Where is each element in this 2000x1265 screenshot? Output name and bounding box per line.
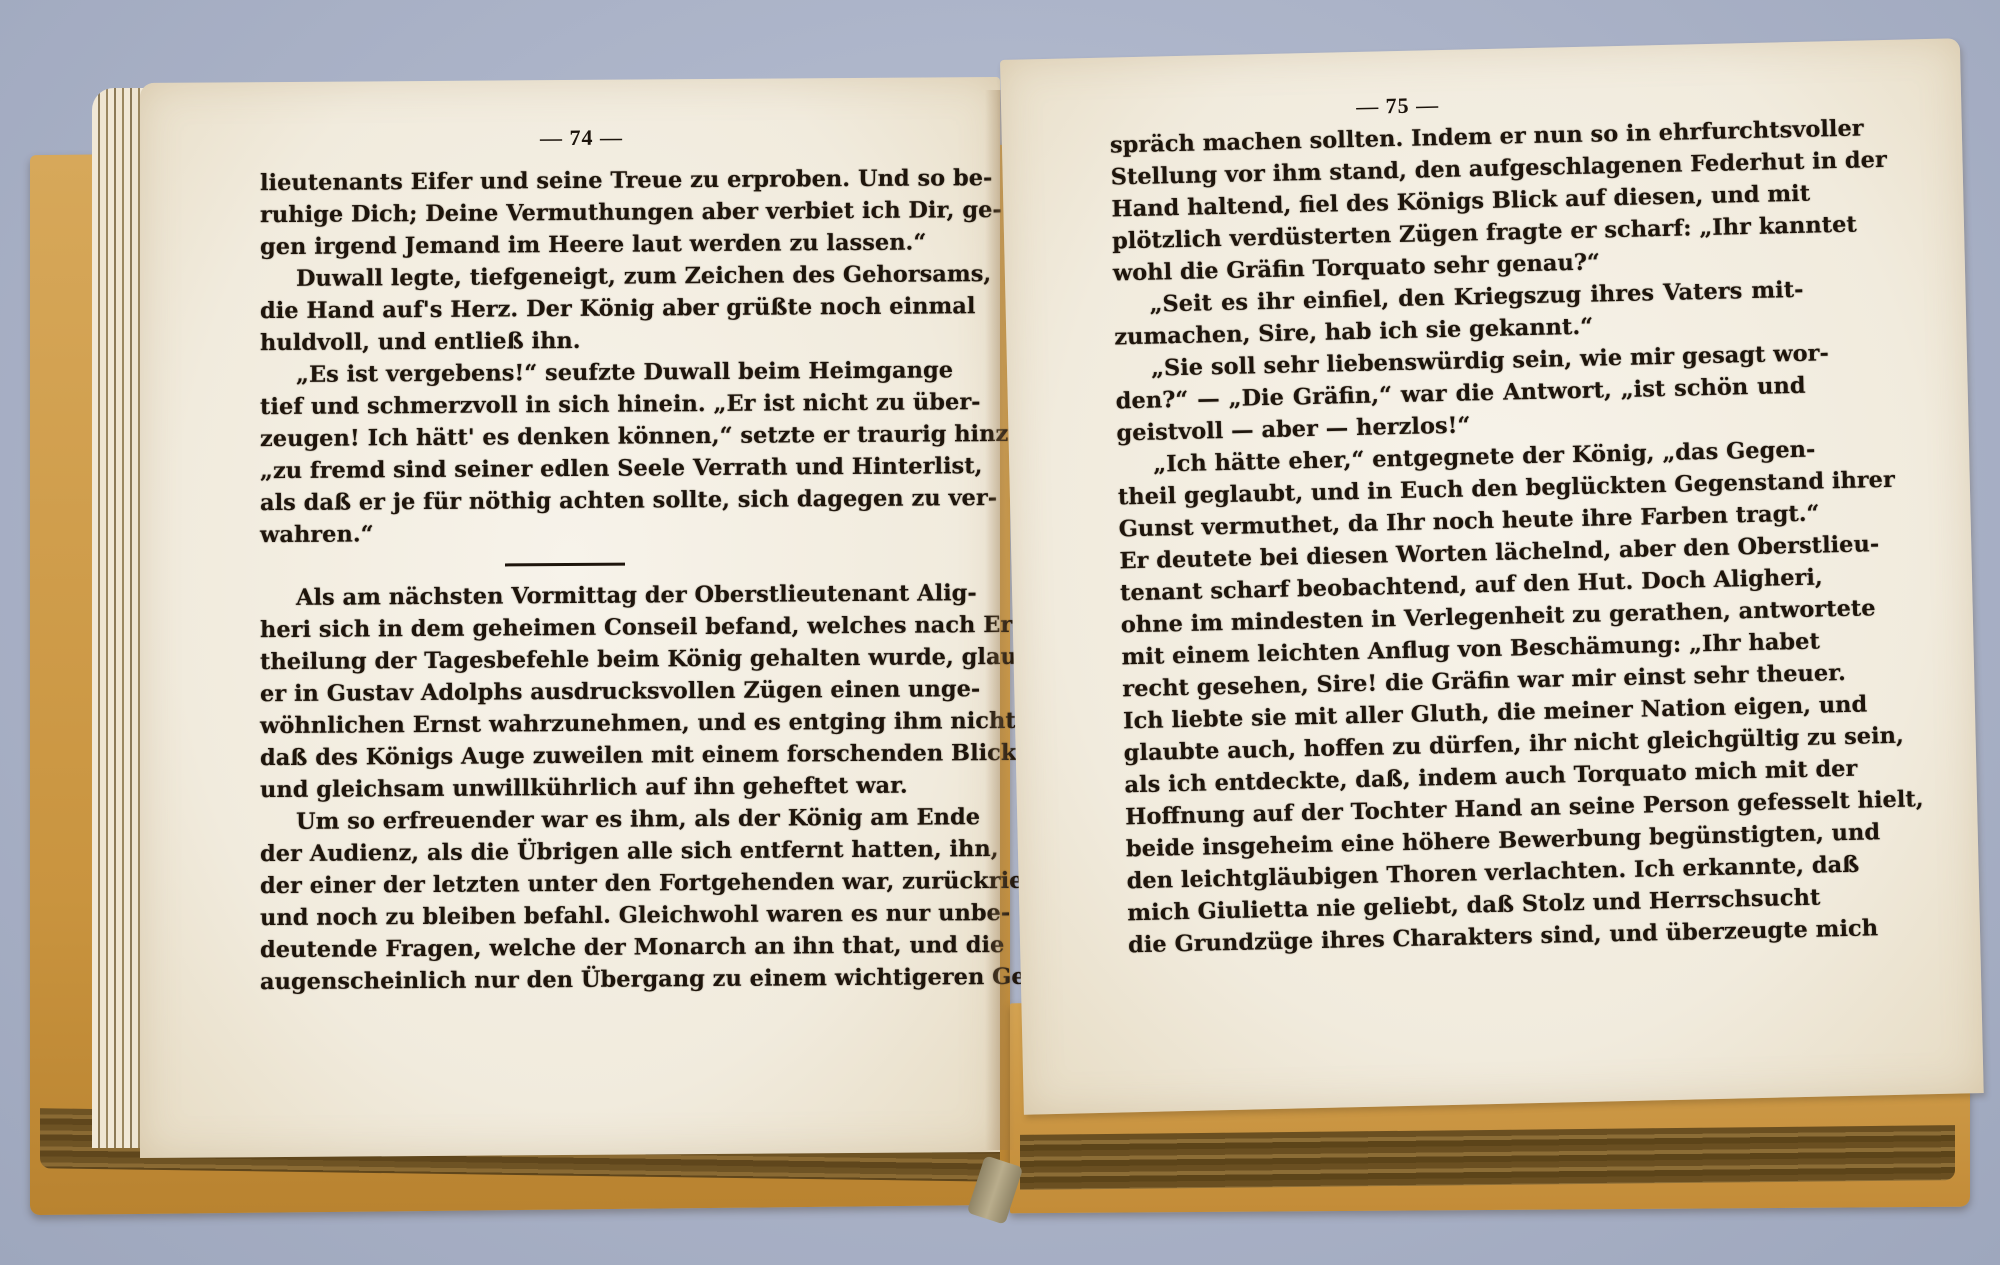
text-line: deutende Fragen, welche der Monarch an i…: [260, 930, 900, 966]
page-block-edge-right: [1020, 1125, 1955, 1190]
text-line: theilung der Tagesbefehle beim König geh…: [260, 642, 900, 678]
right-page: — 75 — spräch machen sollten. Indem er n…: [1000, 38, 1984, 1115]
text-line: huldvoll, und entließ ihn.: [260, 323, 900, 359]
page-text: lieutenants Eifer und seine Treue zu erp…: [260, 163, 900, 998]
page-text: spräch machen sollten. Indem er nun so i…: [1110, 114, 1819, 961]
text-line: wöhnlichen Ernst wahrzunehmen, und es en…: [260, 706, 900, 742]
text-line: lieutenants Eifer und seine Treue zu erp…: [260, 163, 900, 199]
text-line: wahren.“: [260, 515, 900, 551]
text-line: Als am nächsten Vormittag der Oberstlieu…: [260, 578, 900, 614]
text-line: und noch zu bleiben befahl. Gleichwohl w…: [260, 898, 900, 934]
text-line: der Audienz, als die Übrigen alle sich e…: [260, 834, 900, 870]
text-line: tief und schmerzvoll in sich hinein. „Er…: [260, 387, 900, 423]
text-line: er in Gustav Adolphs ausdrucksvollen Züg…: [260, 674, 900, 710]
page-number: — 75 —: [1356, 92, 1440, 120]
text-line: Um so erfreuender war es ihm, als der Kö…: [260, 802, 900, 838]
open-book: — 74 — lieutenants Eifer und seine Treue…: [0, 0, 2000, 1265]
text-line: heri sich in dem geheimen Conseil befand…: [260, 610, 900, 646]
text-line: ruhige Dich; Deine Vermuthungen aber ver…: [260, 195, 900, 231]
text-line: der einer der letzten unter den Fortgehe…: [260, 866, 900, 902]
text-line: zeugen! Ich hätt' es denken können,“ set…: [260, 419, 900, 455]
text-line: daß des Königs Auge zuweilen mit einem f…: [260, 738, 900, 774]
left-page: — 74 — lieutenants Eifer und seine Treue…: [140, 77, 1000, 1158]
text-line: und gleichsam unwillkührlich auf ihn geh…: [260, 770, 900, 806]
text-line: die Hand auf's Herz. Der König aber grüß…: [260, 291, 900, 327]
page-number: — 74 —: [540, 125, 623, 152]
text-line: Duwall legte, tiefgeneigt, zum Zeichen d…: [260, 259, 900, 295]
text-line: „zu fremd sind seiner edlen Seele Verrat…: [260, 451, 900, 487]
text-line: „Es ist vergebens!“ seufzte Duwall beim …: [260, 355, 900, 391]
text-line: als daß er je für nöthig achten sollte, …: [260, 483, 900, 519]
section-divider: [505, 563, 625, 567]
text-line: gen irgend Jemand im Heere laut werden z…: [260, 227, 900, 263]
text-line: augenscheinlich nur den Übergang zu eine…: [260, 962, 900, 998]
